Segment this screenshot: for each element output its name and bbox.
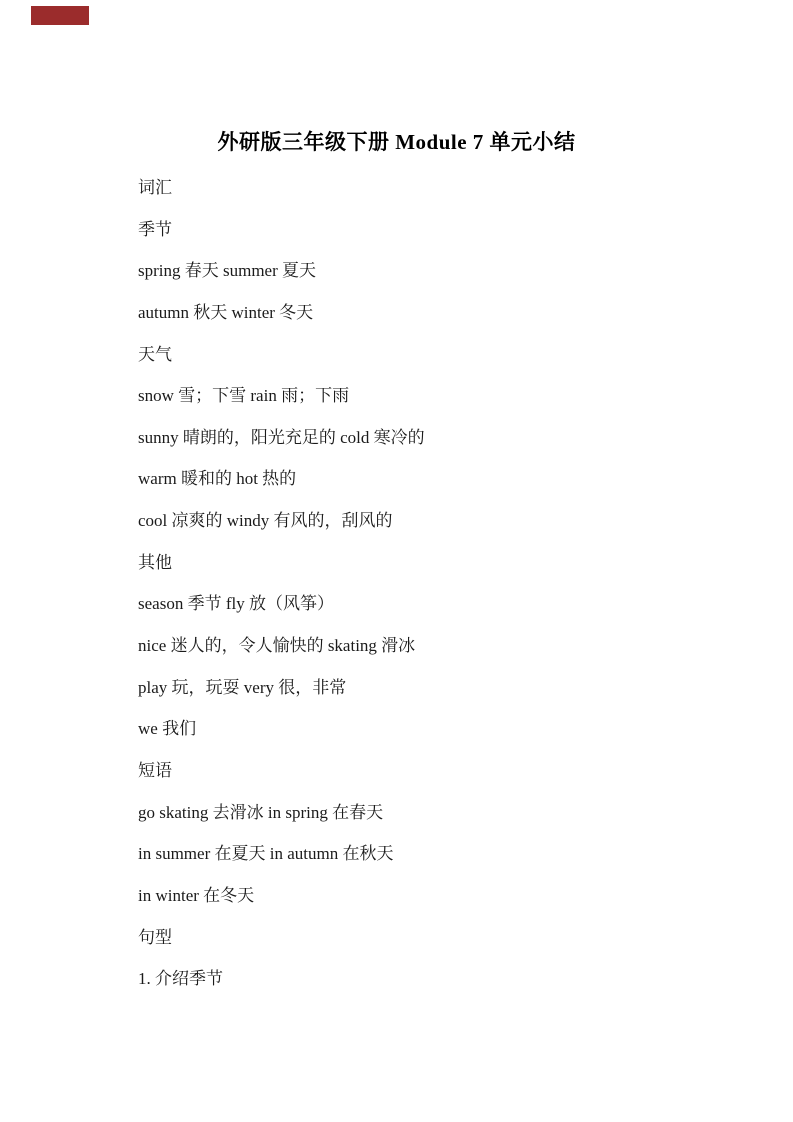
vocab-line: warm 暖和的 hot 热的 bbox=[138, 458, 753, 500]
document-page: 外研版三年级下册 Module 7 单元小结 词汇 季节 spring 春天 s… bbox=[0, 0, 793, 1122]
phrase-line: in summer 在夏天 in autumn 在秋天 bbox=[138, 833, 753, 875]
vocab-line: season 季节 fly 放（风筝） bbox=[138, 583, 753, 625]
vocab-line: autumn 秋天 winter 冬天 bbox=[138, 292, 753, 334]
section-heading-phrases: 短语 bbox=[138, 750, 753, 792]
phrase-line: in winter 在冬天 bbox=[138, 875, 753, 917]
document-title: 外研版三年级下册 Module 7 单元小结 bbox=[0, 126, 793, 156]
section-heading-sentence-patterns: 句型 bbox=[138, 917, 753, 959]
subsection-heading-seasons: 季节 bbox=[138, 209, 753, 251]
vocab-line: cool 凉爽的 windy 有风的，刮风的 bbox=[138, 500, 753, 542]
vocab-line: we 我们 bbox=[138, 708, 753, 750]
vocab-line: snow 雪；下雪 rain 雨；下雨 bbox=[138, 375, 753, 417]
vocab-line: nice 迷人的，令人愉快的 skating 滑冰 bbox=[138, 625, 753, 667]
document-body: 词汇 季节 spring 春天 summer 夏天 autumn 秋天 wint… bbox=[138, 167, 753, 1000]
vocab-line: spring 春天 summer 夏天 bbox=[138, 250, 753, 292]
subsection-heading-others: 其他 bbox=[138, 542, 753, 584]
numbered-item-introduce-seasons: 1. 介绍季节 bbox=[138, 958, 753, 1000]
vocab-line: play 玩，玩耍 very 很，非常 bbox=[138, 667, 753, 709]
red-watermark bbox=[31, 6, 89, 25]
phrase-line: go skating 去滑冰 in spring 在春天 bbox=[138, 792, 753, 834]
subsection-heading-weather: 天气 bbox=[138, 334, 753, 376]
vocab-line: sunny 晴朗的，阳光充足的 cold 寒冷的 bbox=[138, 417, 753, 459]
section-heading-vocabulary: 词汇 bbox=[138, 167, 753, 209]
